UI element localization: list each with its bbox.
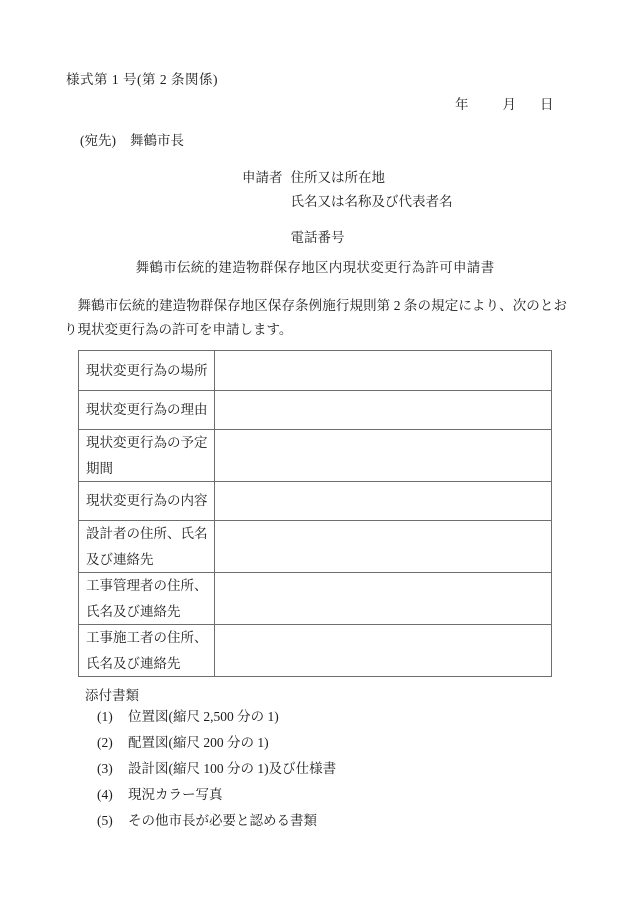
table-row-label: 工事管理者の住所、氏名及び連絡先 (79, 573, 215, 624)
table-row-content: 現状変更行為の内容 (79, 481, 551, 520)
attachment-item: (2) 配置図(縮尺 200 分の 1) (97, 734, 336, 760)
addressee-name: 舞鶴市長 (130, 133, 184, 148)
attachment-text: 配置図(縮尺 200 分の 1) (128, 734, 269, 752)
table-row-reason: 現状変更行為の理由 (79, 390, 551, 429)
attachment-number: (4) (97, 786, 128, 804)
applicant-address-label: 住所又は所在地 (291, 166, 453, 190)
table-row-value-cell (215, 351, 551, 390)
table-row-value-cell (215, 625, 551, 676)
attachments-heading: 添付書類 (85, 684, 139, 704)
attachment-item: (1) 位置図(縮尺 2,500 分の 1) (97, 708, 336, 734)
addressee-prefix: (宛先) (80, 133, 116, 148)
table-row-label: 設計者の住所、氏名及び連絡先 (79, 521, 215, 572)
attachment-item: (5) その他市長が必要と認める書類 (97, 812, 336, 838)
attachment-item: (3) 設計図(縮尺 100 分の 1)及び仕様書 (97, 760, 336, 786)
attachment-item: (4) 現況カラー写真 (97, 786, 336, 812)
date-month-label: 月 (503, 97, 517, 112)
date-day-label: 日 (540, 97, 554, 112)
date-line: 年月日 (455, 93, 554, 113)
table-row-value-cell (215, 430, 551, 481)
applicant-name-label: 氏名又は名称及び代表者名 (291, 190, 453, 214)
attachment-text: 位置図(縮尺 2,500 分の 1) (128, 708, 279, 726)
table-row-contractor: 工事施工者の住所、氏名及び連絡先 (79, 624, 551, 676)
applicant-block: 申請者 住所又は所在地 氏名又は名称及び代表者名 電話番号 (242, 166, 453, 250)
table-row-label: 現状変更行為の場所 (79, 351, 215, 390)
table-row-label: 現状変更行為の予定期間 (79, 430, 215, 481)
applicant-fields: 住所又は所在地 氏名又は名称及び代表者名 電話番号 (291, 166, 453, 250)
document-title: 舞鶴市伝統的建造物群保存地区内現状変更行為許可申請書 (0, 256, 630, 276)
table-row-value-cell (215, 482, 551, 520)
attachments-list: (1) 位置図(縮尺 2,500 分の 1) (2) 配置図(縮尺 200 分の… (97, 708, 336, 838)
table-row-period: 現状変更行為の予定期間 (79, 429, 551, 481)
attachment-number: (3) (97, 760, 128, 778)
form-number: 様式第 1 号(第 2 条関係) (66, 68, 218, 88)
table-row-label: 現状変更行為の内容 (79, 482, 215, 520)
date-year-label: 年 (455, 97, 469, 112)
table-row-supervisor: 工事管理者の住所、氏名及び連絡先 (79, 572, 551, 624)
table-row-value-cell (215, 391, 551, 429)
attachment-text: 現況カラー写真 (128, 786, 223, 804)
application-table: 現状変更行為の場所 現状変更行為の理由 現状変更行為の予定期間 現状変更行為の内… (78, 350, 552, 677)
applicant-label: 申請者 (242, 166, 283, 190)
table-row-designer: 設計者の住所、氏名及び連絡先 (79, 520, 551, 572)
body-paragraph: 舞鶴市伝統的建造物群保存地区保存条例施行規則第 2 条の規定により、次のとおり現… (64, 294, 567, 341)
attachment-number: (5) (97, 812, 128, 830)
table-row-place: 現状変更行為の場所 (79, 351, 551, 390)
applicant-phone-label: 電話番号 (291, 226, 453, 250)
addressee-line: (宛先)舞鶴市長 (80, 129, 184, 149)
attachment-text: その他市長が必要と認める書類 (128, 812, 317, 830)
table-row-label: 現状変更行為の理由 (79, 391, 215, 429)
document-page: 様式第 1 号(第 2 条関係) 年月日 (宛先)舞鶴市長 申請者 住所又は所在… (0, 0, 630, 903)
table-row-value-cell (215, 573, 551, 624)
table-row-value-cell (215, 521, 551, 572)
table-row-label: 工事施工者の住所、氏名及び連絡先 (79, 625, 215, 676)
attachment-number: (1) (97, 708, 128, 726)
attachment-number: (2) (97, 734, 128, 752)
attachment-text: 設計図(縮尺 100 分の 1)及び仕様書 (128, 760, 336, 778)
